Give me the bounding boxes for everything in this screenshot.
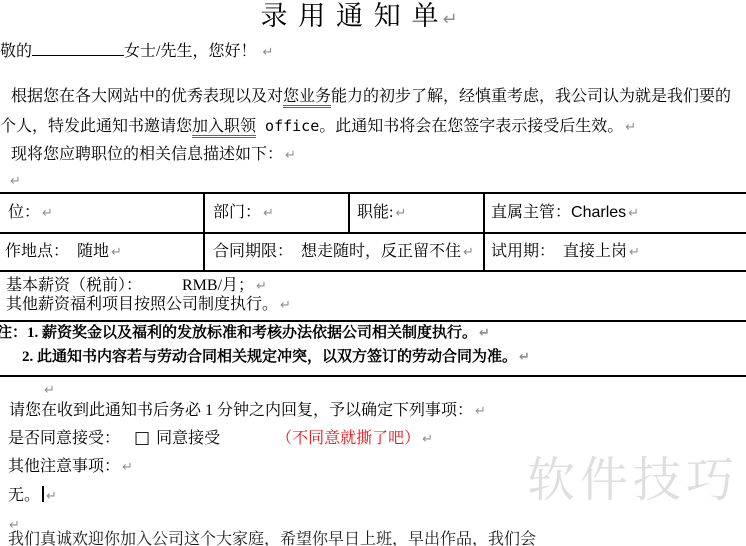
para1-text: 个人，特发此通知书邀请您 (0, 118, 192, 135)
cell-department: 部门：↵ (213, 204, 274, 222)
cell-contract-term-text: 合同期限： 想走随时，反正留不住 (213, 243, 461, 260)
cell-supervisor-label: 直属主管： (491, 204, 571, 221)
accept-label: 是否同意接受： (8, 430, 120, 447)
paragraph-mark-icon: ↵ (629, 245, 640, 260)
cell-note-line2: 2. 此通知书内容若与劳动合同相关规定冲突，以双方签订的劳动合同为准。↵ (22, 349, 530, 366)
cell-workplace-text: 作地点： 随地 (5, 243, 109, 260)
cell-workplace: 作地点： 随地↵ (5, 243, 122, 261)
paragraph-mark-icon: ↵ (625, 120, 636, 135)
salary-base-text: 基本薪资（税前）： RMB/月； (6, 277, 254, 294)
cell-position: 位：↵ (8, 204, 53, 222)
paragraph-mark-icon: ↵ (263, 206, 274, 221)
grammar-underlined-text: 您业务 (283, 88, 331, 108)
intro-text: 现将您应聘职位的相关信息描述如下： (11, 146, 283, 163)
table-border-top (0, 192, 746, 194)
paragraph-mark-icon: ↵ (475, 404, 486, 419)
accept-option-label: 同意接受 (156, 430, 220, 447)
body-paragraph-line2: 个人，特发此通知书邀请您加入职领 office。此通知书将会在您签字表示接受后生… (0, 118, 636, 136)
salutation-rest: 女士/先生，您好！ (124, 43, 256, 60)
cell-note-line1: 注：1. 薪资奖金以及福利的发放标准和考核办法依据公司相关制度执行。↵ (0, 325, 490, 342)
paragraph-mark-icon: ↵ (10, 174, 21, 189)
table-border-col3 (483, 192, 485, 272)
cell-function: 职能:↵ (357, 204, 406, 222)
paragraph-mark-icon: ↵ (463, 245, 474, 260)
paragraph-mark-icon: ↵ (479, 326, 490, 341)
text-cursor (42, 486, 44, 502)
salutation-prefix: 敬的 (0, 43, 32, 60)
cell-function-label: 职能: (357, 204, 393, 221)
cell-supervisor: 直属主管：Charles↵ (491, 204, 639, 222)
paragraph-mark-icon: ↵ (442, 9, 459, 30)
title-text: 录 用 通 知 单 (260, 1, 440, 31)
paragraph-mark-icon: ↵ (262, 45, 273, 60)
empty-paragraph: ↵ (42, 381, 55, 399)
paragraph-mark-icon: ↵ (46, 489, 57, 504)
note2-text: 2. 此通知书内容若与劳动合同相关规定冲突，以双方签订的劳动合同为准。 (22, 349, 517, 365)
table-border-row2-bottom (0, 270, 746, 272)
para1-text: 能力的初步了解，经慎重考虑，我公司认为就是我们要的 (331, 88, 731, 105)
para1-text: 根据您在各大网站中的优秀表现以及对 (11, 88, 283, 105)
para1-text: 。此通知书将会在您签字表示接受后生效。 (319, 118, 623, 135)
cell-probation: 试用期： 直接上岗↵ (491, 243, 640, 261)
cell-salary-line1: 基本薪资（税前）： RMB/月；↵ (6, 277, 267, 295)
cell-department-label: 部门： (213, 204, 261, 221)
table-border-col2 (348, 192, 350, 234)
paragraph-mark-icon: ↵ (44, 383, 55, 398)
blank-underline: ________ (32, 39, 124, 56)
red-remark: （不同意就撕了吧） (276, 430, 420, 447)
paragraph-mark-icon: ↵ (256, 279, 267, 294)
paragraph-mark-icon: ↵ (628, 206, 639, 221)
other-notes-value-line: 无。↵ (8, 486, 57, 505)
other-notes-value: 无。 (8, 487, 40, 504)
cell-salary-line2: 其他薪资福利项目按照公司制度执行。↵ (6, 296, 291, 314)
table-border-row1-bottom (0, 232, 746, 234)
grammar-underlined-text: 加入职领 (192, 118, 256, 138)
closing-line-clipped: 我们真诚欢迎你加入公司这个大家庭，希望你早日上班，早出作品，我们会 (8, 531, 536, 546)
table-border-row3-bottom (0, 320, 746, 322)
document-title: 录 用 通 知 单↵ (0, 2, 746, 34)
table-border-bottom (0, 375, 746, 377)
paragraph-mark-icon: ↵ (42, 206, 53, 221)
word-document-page[interactable]: 录 用 通 知 单↵ 敬的________女士/先生，您好！ ↵ 根据您在各大网… (0, 0, 746, 546)
paragraph-mark-icon: ↵ (122, 460, 133, 475)
paragraph-mark-icon: ↵ (395, 206, 406, 221)
cell-contract-term: 合同期限： 想走随时，反正留不住↵ (213, 243, 474, 261)
table-border-col1 (203, 192, 205, 272)
other-notes-label: 其他注意事项： (8, 458, 120, 475)
intro-line: 现将您应聘职位的相关信息描述如下：↵ (11, 146, 296, 164)
cell-supervisor-value: Charles (571, 204, 626, 221)
reply-instruction-line: 请您在收到此通知书后务必 1 分钟之内回复，予以确定下列事项：↵ (9, 402, 486, 420)
accept-line: 是否同意接受：□同意接受（不同意就撕了吧）↵ (8, 430, 433, 448)
cell-probation-text: 试用期： 直接上岗 (491, 243, 627, 260)
salutation-line: 敬的________女士/先生，您好！ ↵ (0, 39, 273, 61)
paragraph-mark-icon: ↵ (519, 350, 530, 365)
other-notes-line: 其他注意事项：↵ (8, 458, 133, 476)
reply-instruction-text: 请您在收到此通知书后务必 1 分钟之内回复，予以确定下列事项： (9, 402, 473, 419)
empty-paragraph: ↵ (8, 172, 21, 190)
paragraph-mark-icon: ↵ (285, 148, 296, 163)
paragraph-mark-icon: ↵ (422, 432, 433, 447)
cell-position-label: 位： (8, 204, 40, 221)
closing-text: 我们真诚欢迎你加入公司这个大家庭，希望你早日上班，早出作品，我们会 (8, 531, 536, 546)
watermark: 软件技巧 (527, 456, 739, 506)
checkbox-icon[interactable]: □ (134, 428, 150, 448)
latin-word-office: office (256, 117, 319, 135)
body-paragraph-line1: 根据您在各大网站中的优秀表现以及对您业务能力的初步了解，经慎重考虑，我公司认为就… (11, 88, 731, 105)
paragraph-mark-icon: ↵ (111, 245, 122, 260)
note1-text: 注：1. 薪资奖金以及福利的发放标准和考核办法依据公司相关制度执行。 (0, 325, 477, 341)
salary-other-text: 其他薪资福利项目按照公司制度执行。 (6, 296, 278, 313)
paragraph-mark-icon: ↵ (280, 298, 291, 313)
